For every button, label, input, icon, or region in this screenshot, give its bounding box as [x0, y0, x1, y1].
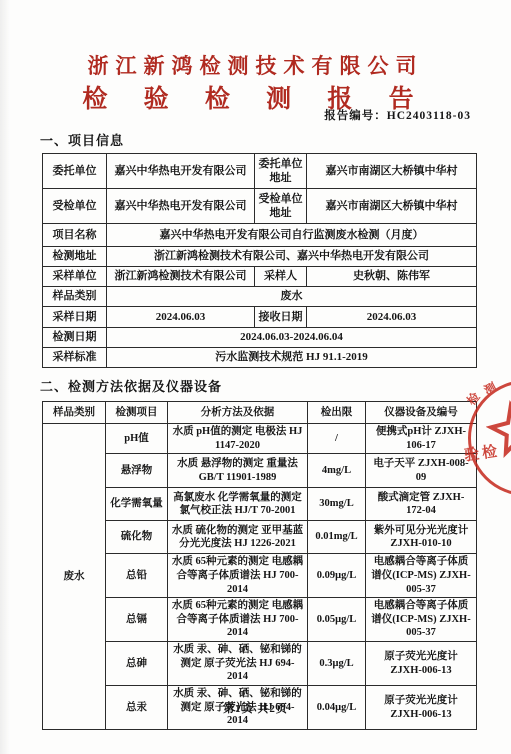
method-cell: 水质 悬浮物的测定 重量法 GB/T 11901-1989	[168, 454, 308, 488]
detection-limit-cell: 0.3μg/L	[308, 642, 366, 686]
field-label: 委托单位	[43, 154, 107, 189]
test-item-cell: 总镉	[106, 598, 168, 642]
project-info-row: 检测日期2024.06.03-2024.06.04	[43, 328, 477, 348]
field-value: 嘉兴市南湖区大桥镇中华村	[307, 189, 477, 224]
detection-limit-cell: 0.01mg/L	[308, 521, 366, 554]
field-value: 2024.06.03	[307, 307, 477, 328]
seal-arc-char-2: 测	[481, 378, 500, 399]
test-item-cell: 总铅	[106, 554, 168, 598]
column-header: 样品类别	[43, 402, 106, 424]
field-value: 史秋朝、陈伟军	[307, 267, 477, 287]
project-info-row: 受检单位嘉兴中华热电开发有限公司受检单位地址嘉兴市南湖区大桥镇中华村	[43, 189, 477, 224]
test-item-cell: 悬浮物	[106, 454, 168, 488]
project-info-table: 委托单位嘉兴中华热电开发有限公司委托单位地址嘉兴市南湖区大桥镇中华村受检单位嘉兴…	[42, 153, 477, 368]
field-label: 受检单位地址	[255, 189, 307, 224]
field-label: 样品类别	[43, 287, 107, 307]
project-info-row: 采样单位浙江新鸿检测技术有限公司采样人史秋朝、陈伟军	[43, 267, 477, 287]
field-value: 嘉兴市南湖区大桥镇中华村	[307, 154, 477, 189]
company-name: 浙江新鸿检测技术有限公司	[0, 50, 511, 80]
field-value: 2024.06.03	[107, 307, 255, 328]
method-table: 样品类别检测项目分析方法及依据检出限仪器设备及编号 废水pH值水质 pH值的测定…	[42, 401, 477, 730]
report-number-label: 报告编号：	[324, 110, 387, 122]
field-value: 浙江新鸿检测技术有限公司	[107, 267, 255, 287]
method-table-row: 悬浮物水质 悬浮物的测定 重量法 GB/T 11901-19894mg/L电子天…	[43, 454, 477, 488]
column-header: 检测项目	[106, 402, 168, 424]
method-cell: 高氯废水 化学需氧量的测定 氯气校正法 HJ/T 70-2001	[168, 488, 308, 521]
report-number: 报告编号：HC2403118-03	[324, 107, 471, 123]
field-label: 采样标准	[43, 348, 107, 368]
detection-limit-cell: /	[308, 424, 366, 454]
method-cell: 水质 pH值的测定 电极法 HJ 1147-2020	[168, 424, 308, 454]
field-value: 嘉兴中华热电开发有限公司	[107, 189, 255, 224]
method-cell: 水质 汞、砷、硒、铋和锑的测定 原子荧光法 HJ 694-2014	[168, 642, 308, 686]
method-table-body: 废水pH值水质 pH值的测定 电极法 HJ 1147-2020/便携式pH计 Z…	[43, 424, 477, 730]
field-label: 受检单位	[43, 189, 107, 224]
test-item-cell: 硫化物	[106, 521, 168, 554]
column-header: 仪器设备及编号	[366, 402, 477, 424]
field-label: 委托单位地址	[255, 154, 307, 189]
field-label: 采样人	[255, 267, 307, 287]
column-header: 分析方法及依据	[168, 402, 308, 424]
detection-limit-cell: 0.05μg/L	[308, 598, 366, 642]
method-table-head: 样品类别检测项目分析方法及依据检出限仪器设备及编号	[43, 402, 477, 424]
sample-category-cell: 废水	[43, 424, 106, 730]
method-cell: 水质 65种元素的测定 电感耦合等离子体质谱法 HJ 700-2014	[168, 554, 308, 598]
test-item-cell: pH值	[106, 424, 168, 454]
method-table-row: 总铅水质 65种元素的测定 电感耦合等离子体质谱法 HJ 700-20140.0…	[43, 554, 477, 598]
column-header: 检出限	[308, 402, 366, 424]
test-item-cell: 化学需氧量	[106, 488, 168, 521]
instrument-cell: 电感耦合等离子体质谱仪(ICP-MS) ZJXH-005-37	[366, 598, 477, 642]
field-label: 采样单位	[43, 267, 107, 287]
field-label: 接收日期	[255, 307, 307, 328]
section1-heading: 一、项目信息	[40, 130, 124, 149]
project-info-row: 项目名称嘉兴中华热电开发有限公司自行监测废水检测（月度）	[43, 224, 477, 247]
detection-limit-cell: 4mg/L	[308, 454, 366, 488]
section2-heading: 二、检测方法依据及仪器设备	[40, 376, 222, 395]
field-label: 采样日期	[43, 307, 107, 328]
instrument-cell: 原子荧光光度计 ZJXH-006-13	[366, 642, 477, 686]
field-value: 2024.06.03-2024.06.04	[107, 328, 477, 348]
project-info-row: 采样标准污水监测技术规范 HJ 91.1-2019	[43, 348, 477, 368]
field-value: 嘉兴中华热电开发有限公司自行监测废水检测（月度）	[107, 224, 477, 247]
detection-limit-cell: 30mg/L	[308, 488, 366, 521]
report-number-value: HC2403118-03	[387, 110, 471, 122]
field-value: 浙江新鸿检测技术有限公司、嘉兴中华热电开发有限公司	[107, 247, 477, 267]
method-table-row: 总砷水质 汞、砷、硒、铋和锑的测定 原子荧光法 HJ 694-20140.3μg…	[43, 642, 477, 686]
method-table-header-row: 样品类别检测项目分析方法及依据检出限仪器设备及编号	[43, 402, 477, 424]
method-cell: 水质 65种元素的测定 电感耦合等离子体质谱法 HJ 700-2014	[168, 598, 308, 642]
project-info-row: 检测地址浙江新鸿检测技术有限公司、嘉兴中华热电开发有限公司	[43, 247, 477, 267]
method-cell: 水质 硫化物的测定 亚甲基蓝分光光度法 HJ 1226-2021	[168, 521, 308, 554]
field-label: 检测地址	[43, 247, 107, 267]
instrument-cell: 电子天平 ZJXH-008-09	[366, 454, 477, 488]
instrument-cell: 酸式滴定管 ZJXH-172-04	[366, 488, 477, 521]
project-info-row: 委托单位嘉兴中华热电开发有限公司委托单位地址嘉兴市南湖区大桥镇中华村	[43, 154, 477, 189]
field-value: 污水监测技术规范 HJ 91.1-2019	[107, 348, 477, 368]
field-label: 检测日期	[43, 328, 107, 348]
field-value: 嘉兴中华热电开发有限公司	[107, 154, 255, 189]
project-info-body: 委托单位嘉兴中华热电开发有限公司委托单位地址嘉兴市南湖区大桥镇中华村受检单位嘉兴…	[43, 154, 477, 368]
method-table-row: 废水pH值水质 pH值的测定 电极法 HJ 1147-2020/便携式pH计 Z…	[43, 424, 477, 454]
method-table-row: 化学需氧量高氯废水 化学需氧量的测定 氯气校正法 HJ/T 70-200130m…	[43, 488, 477, 521]
field-value: 废水	[107, 287, 477, 307]
report-page: 浙江新鸿检测技术有限公司 检 验 检 测 报 告 报告编号：HC2403118-…	[0, 0, 511, 754]
instrument-cell: 紫外可见分光光度计 ZJXH-010-10	[366, 521, 477, 554]
project-info-row: 采样日期2024.06.03接收日期2024.06.03	[43, 307, 477, 328]
instrument-cell: 便携式pH计 ZJXH-106-17	[366, 424, 477, 454]
method-table-row: 硫化物水质 硫化物的测定 亚甲基蓝分光光度法 HJ 1226-20210.01m…	[43, 521, 477, 554]
instrument-cell: 电感耦合等离子体质谱仪(ICP-MS) ZJXH-005-37	[366, 554, 477, 598]
seal-star-icon	[486, 400, 511, 460]
test-item-cell: 总砷	[106, 642, 168, 686]
project-info-row: 样品类别废水	[43, 287, 477, 307]
detection-limit-cell: 0.09μg/L	[308, 554, 366, 598]
method-table-row: 总镉水质 65种元素的测定 电感耦合等离子体质谱法 HJ 700-20140.0…	[43, 598, 477, 642]
field-label: 项目名称	[43, 224, 107, 247]
page-indicator: 第1页 共2页	[0, 700, 511, 716]
